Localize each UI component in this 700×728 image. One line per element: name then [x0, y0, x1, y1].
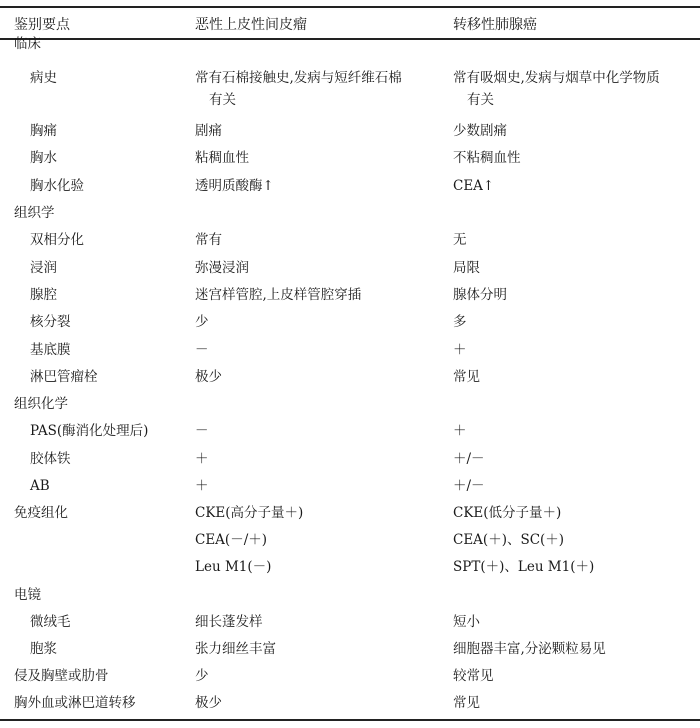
cell-text: 多: [453, 314, 467, 330]
row-label: 电镜: [14, 584, 41, 606]
mesothelioma-cell: 常有石棉接触史,发病与短纤维石棉有关: [195, 67, 435, 111]
metastatic-adenocarcinoma-cell: 常有吸烟史,发病与烟草中化学物质有关: [453, 67, 693, 111]
cell-text: CKE(低分子量＋): [453, 505, 561, 521]
metastatic-adenocarcinoma-cell: 局限: [453, 257, 693, 279]
cell-text: ＋: [195, 478, 209, 494]
cell-text: 短小: [453, 614, 480, 630]
cell-text-continued: 有关: [195, 89, 435, 111]
mesothelioma-cell: 粘稠血性: [195, 147, 435, 169]
row-label: 病史: [30, 67, 57, 89]
mesothelioma-cell: CEA(－/＋): [195, 529, 435, 551]
row-label: 胸水化验: [30, 175, 84, 197]
row-label: 核分裂: [30, 311, 71, 333]
cell-text: 弥漫浸润: [195, 260, 249, 276]
header-mesothelioma: 恶性上皮性间皮瘤: [195, 14, 307, 36]
mesothelioma-cell: 张力细丝丰富: [195, 638, 435, 660]
mesothelioma-cell: 常有: [195, 229, 435, 251]
metastatic-adenocarcinoma-cell: 多: [453, 311, 693, 333]
cell-text: 极少: [195, 695, 222, 711]
cell-text: ＋/－: [453, 478, 485, 494]
row-label: 组织化学: [14, 393, 68, 415]
metastatic-adenocarcinoma-cell: ＋/－: [453, 475, 693, 497]
metastatic-adenocarcinoma-cell: 不粘稠血性: [453, 147, 693, 169]
metastatic-adenocarcinoma-cell: ＋: [453, 339, 693, 361]
metastatic-adenocarcinoma-cell: 常见: [453, 366, 693, 388]
cell-text: ＋/－: [453, 451, 485, 467]
cell-text: ＋: [195, 451, 209, 467]
row-label: 侵及胸壁或肋骨: [14, 665, 109, 687]
row-label: 胸水: [30, 147, 57, 169]
metastatic-adenocarcinoma-cell: 无: [453, 229, 693, 251]
row-label: 腺腔: [30, 284, 57, 306]
mesothelioma-cell: 极少: [195, 692, 435, 714]
cell-text: 少: [195, 668, 209, 684]
cell-text: 无: [453, 232, 467, 248]
cell-text: CEA↑: [453, 178, 494, 194]
table-top-rule: [0, 6, 700, 8]
cell-text: 细胞器丰富,分泌颗粒易见: [453, 641, 606, 657]
metastatic-adenocarcinoma-cell: SPT(＋)、Leu M1(＋): [453, 556, 693, 578]
mesothelioma-cell: ＋: [195, 448, 435, 470]
metastatic-adenocarcinoma-cell: CEA(＋)、SC(＋): [453, 529, 693, 551]
row-label: 胞浆: [30, 638, 57, 660]
metastatic-adenocarcinoma-cell: 短小: [453, 611, 693, 633]
cell-text-continued: 有关: [453, 89, 693, 111]
row-label: 浸润: [30, 257, 57, 279]
mesothelioma-cell: 透明质酸酶↑: [195, 175, 435, 197]
cell-text: 较常见: [453, 668, 494, 684]
cell-text: 常有吸烟史,发病与烟草中化学物质: [453, 70, 660, 86]
mesothelioma-cell: 少: [195, 665, 435, 687]
table-header-rule: [0, 38, 700, 40]
row-label: AB: [30, 475, 50, 497]
row-label: 胶体铁: [30, 448, 71, 470]
cell-text: 细长蓬发样: [195, 614, 263, 630]
mesothelioma-cell: 少: [195, 311, 435, 333]
cell-text: Leu M1(－): [195, 559, 271, 575]
cell-text: 常见: [453, 369, 480, 385]
row-label: 胸痛: [30, 120, 57, 142]
cell-text: 剧痛: [195, 123, 222, 139]
cell-text: 少: [195, 314, 209, 330]
row-label: 双相分化: [30, 229, 84, 251]
cell-text: CEA(＋)、SC(＋): [453, 532, 564, 548]
metastatic-adenocarcinoma-cell: ＋: [453, 420, 693, 442]
cell-text: 少数剧痛: [453, 123, 507, 139]
metastatic-adenocarcinoma-cell: 腺体分明: [453, 284, 693, 306]
cell-text: －: [195, 342, 209, 358]
row-label: 微绒毛: [30, 611, 71, 633]
metastatic-adenocarcinoma-cell: CKE(低分子量＋): [453, 502, 693, 524]
cell-text: 粘稠血性: [195, 150, 249, 166]
cell-text: SPT(＋)、Leu M1(＋): [453, 559, 594, 575]
row-label: PAS(酶消化处理后): [30, 420, 148, 442]
cell-text: 极少: [195, 369, 222, 385]
cell-text: 不粘稠血性: [453, 150, 521, 166]
cell-text: 常有: [195, 232, 222, 248]
cell-text: 常有石棉接触史,发病与短纤维石棉: [195, 70, 402, 86]
metastatic-adenocarcinoma-cell: 较常见: [453, 665, 693, 687]
mesothelioma-cell: Leu M1(－): [195, 556, 435, 578]
header-metastatic-adenocarcinoma: 转移性肺腺癌: [453, 14, 537, 36]
cell-text: 张力细丝丰富: [195, 641, 276, 657]
cell-text: ＋: [453, 423, 467, 439]
mesothelioma-cell: 细长蓬发样: [195, 611, 435, 633]
cell-text: 迷宫样管腔,上皮样管腔穿插: [195, 287, 361, 303]
mesothelioma-cell: 迷宫样管腔,上皮样管腔穿插: [195, 284, 435, 306]
table-bottom-rule: [0, 719, 700, 721]
cell-text: CEA(－/＋): [195, 532, 267, 548]
mesothelioma-cell: －: [195, 339, 435, 361]
cell-text: CKE(高分子量＋): [195, 505, 303, 521]
mesothelioma-cell: 弥漫浸润: [195, 257, 435, 279]
row-label: 免疫组化: [14, 502, 68, 524]
cell-text: ＋: [453, 342, 467, 358]
row-label: 基底膜: [30, 339, 71, 361]
cell-text: 透明质酸酶↑: [195, 178, 274, 194]
metastatic-adenocarcinoma-cell: 细胞器丰富,分泌颗粒易见: [453, 638, 693, 660]
mesothelioma-cell: －: [195, 420, 435, 442]
metastatic-adenocarcinoma-cell: 常见: [453, 692, 693, 714]
row-label: 临床: [14, 33, 41, 55]
metastatic-adenocarcinoma-cell: CEA↑: [453, 175, 693, 197]
cell-text: －: [195, 423, 209, 439]
cell-text: 腺体分明: [453, 287, 507, 303]
metastatic-adenocarcinoma-cell: 少数剧痛: [453, 120, 693, 142]
row-label: 淋巴管瘤栓: [30, 366, 98, 388]
row-label: 胸外血或淋巴道转移: [14, 692, 136, 714]
metastatic-adenocarcinoma-cell: ＋/－: [453, 448, 693, 470]
mesothelioma-cell: ＋: [195, 475, 435, 497]
cell-text: 局限: [453, 260, 480, 276]
cell-text: 常见: [453, 695, 480, 711]
mesothelioma-cell: CKE(高分子量＋): [195, 502, 435, 524]
mesothelioma-cell: 剧痛: [195, 120, 435, 142]
row-label: 组织学: [14, 202, 55, 224]
mesothelioma-cell: 极少: [195, 366, 435, 388]
